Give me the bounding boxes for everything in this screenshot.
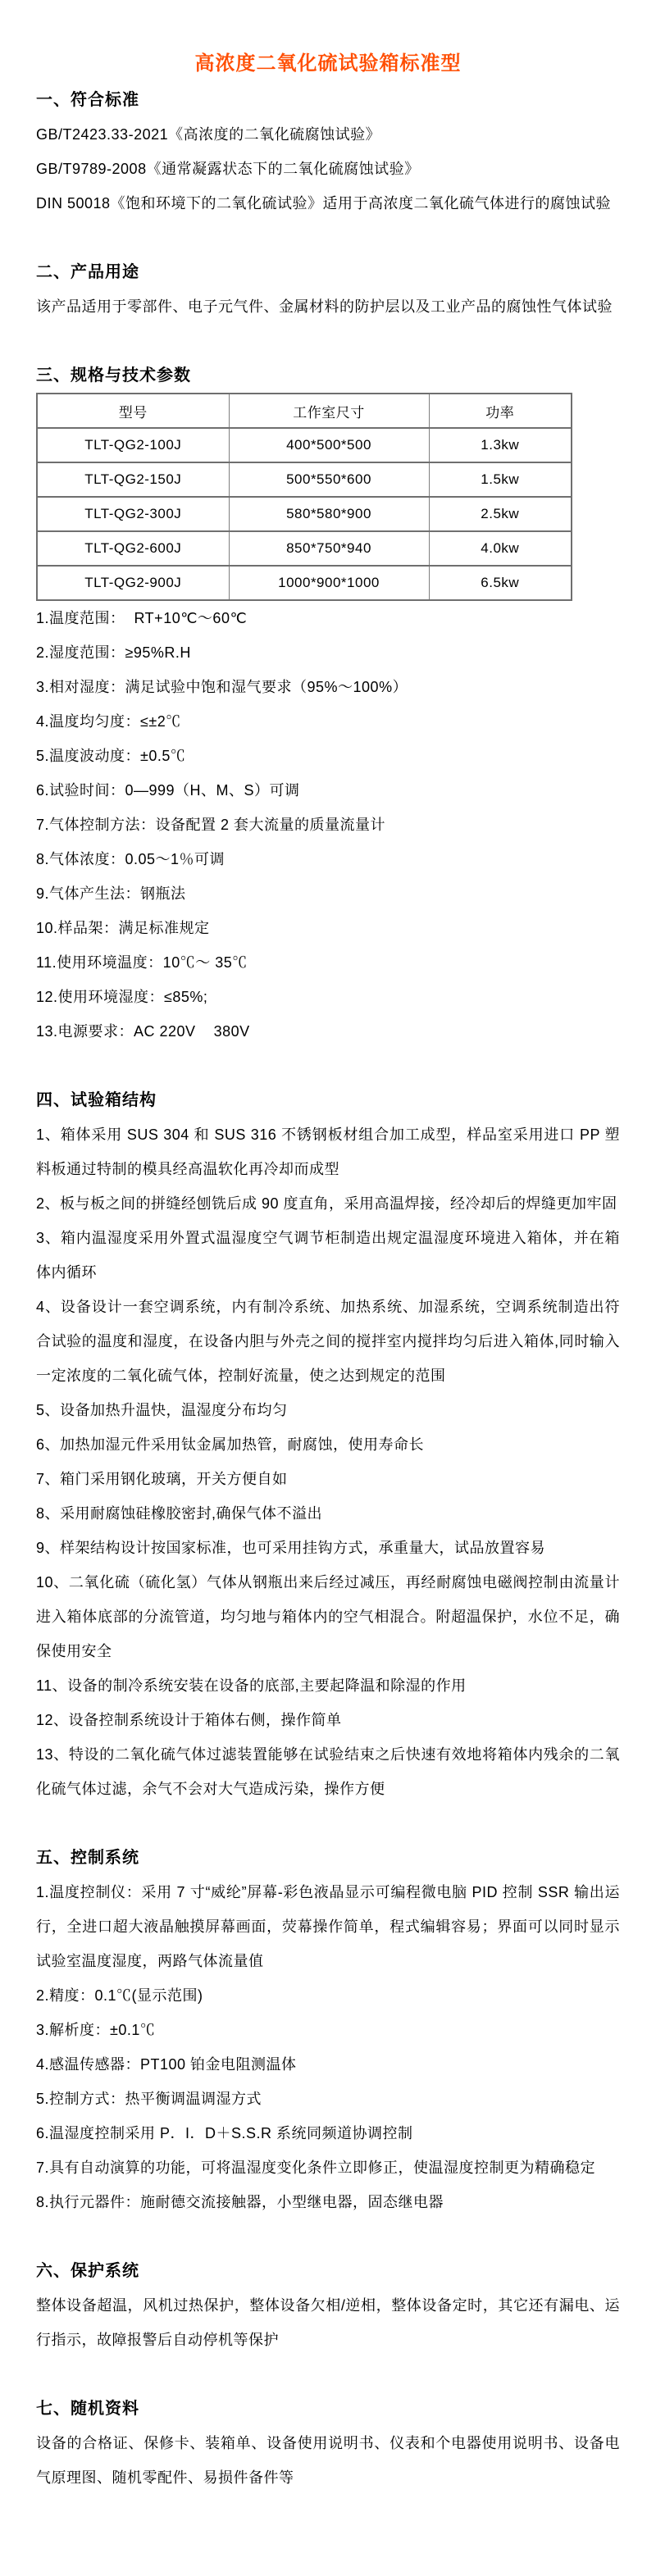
- control-item: 5.控制方式：热平衡调温调湿方式: [36, 2082, 620, 2116]
- section-standards-heading: 一、符合标准: [36, 83, 620, 117]
- table-row: TLT-QG2-150J500*550*6001.5kw: [37, 462, 572, 497]
- section-protection-heading: 六、保护系统: [36, 2254, 620, 2288]
- spec-item: 12.使用环境湿度：≤85%;: [36, 980, 620, 1014]
- section-accessories-heading: 七、随机资料: [36, 2392, 620, 2426]
- section-structure: 四、试验箱结构 1、箱体采用 SUS 304 和 SUS 316 不锈钢板材组合…: [36, 1083, 620, 1806]
- spec-items: 1.温度范围： RT+10℃～60℃2.湿度范围：≥95%R.H3.相对湿度：满…: [36, 601, 620, 1049]
- section-control: 五、控制系统 1.温度控制仪：采用 7 寸“威纶”屏幕-彩色液晶显示可编程微电脑…: [36, 1841, 620, 2219]
- table-cell: TLT-QG2-100J: [37, 428, 229, 462]
- standards-line: GB/T2423.33-2021《高浓度的二氧化硫腐蚀试验》: [36, 117, 620, 152]
- control-item: 1.温度控制仪：采用 7 寸“威纶”屏幕-彩色液晶显示可编程微电脑 PID 控制…: [36, 1875, 620, 1978]
- spec-item: 11.使用环境温度：10℃～ 35℃: [36, 945, 620, 980]
- structure-item: 12、设备控制系统设计于箱体右侧，操作简单: [36, 1703, 620, 1737]
- structure-item: 1、箱体采用 SUS 304 和 SUS 316 不锈钢板材组合加工成型，样品室…: [36, 1117, 620, 1186]
- table-cell: TLT-QG2-150J: [37, 462, 229, 497]
- section-usage: 二、产品用途 该产品适用于零部件、电子元气件、金属材料的防护层以及工业产品的腐蚀…: [36, 255, 620, 324]
- standards-lines: GB/T2423.33-2021《高浓度的二氧化硫腐蚀试验》GB/T9789-2…: [36, 117, 620, 221]
- table-cell: 400*500*500: [229, 428, 429, 462]
- table-row: TLT-QG2-900J1000*900*10006.5kw: [37, 566, 572, 600]
- spec-item: 10.样品架：满足标准规定: [36, 911, 620, 945]
- control-item: 4.感温传感器：PT100 铂金电阻测温体: [36, 2047, 620, 2082]
- control-item: 3.解析度：±0.1℃: [36, 2013, 620, 2047]
- control-item: 7.具有自动演算的功能，可将温湿度变化条件立即修正，使温湿度控制更为精确稳定: [36, 2150, 620, 2185]
- spec-item: 3.相对湿度：满足试验中饱和湿气要求（95%～100%）: [36, 670, 620, 704]
- structure-item: 9、样架结构设计按国家标准，也可采用挂钩方式，承重量大，试品放置容易: [36, 1531, 620, 1565]
- usage-line: 该产品适用于零部件、电子元气件、金属材料的防护层以及工业产品的腐蚀性气体试验: [36, 289, 620, 324]
- table-row: TLT-QG2-300J580*580*9002.5kw: [37, 497, 572, 531]
- usage-lines: 该产品适用于零部件、电子元气件、金属材料的防护层以及工业产品的腐蚀性气体试验: [36, 289, 620, 324]
- section-accessories: 七、随机资料 设备的合格证、保修卡、装箱单、设备使用说明书、仪表和个电器使用说明…: [36, 2392, 620, 2495]
- structure-item: 6、加热加湿元件采用钛金属加热管，耐腐蚀，使用寿命长: [36, 1427, 620, 1462]
- spec-item: 2.湿度范围：≥95%R.H: [36, 635, 620, 670]
- table-header-cell: 型号: [37, 394, 229, 428]
- spec-item: 4.温度均匀度：≤±2℃: [36, 704, 620, 739]
- table-cell: 500*550*600: [229, 462, 429, 497]
- spec-item: 13.电源要求：AC 220V 380V: [36, 1014, 620, 1049]
- spec-item: 7.气体控制方法：设备配置 2 套大流量的质量流量计: [36, 808, 620, 842]
- standards-line: GB/T9789-2008《通常凝露状态下的二氧化硫腐蚀试验》: [36, 152, 620, 186]
- spec-item: 5.温度波动度：±0.5℃: [36, 739, 620, 773]
- structure-item: 5、设备加热升温快，温湿度分布均匀: [36, 1393, 620, 1427]
- table-cell: TLT-QG2-600J: [37, 531, 229, 566]
- spec-item: 6.试验时间：0—999（H、M、S）可调: [36, 773, 620, 808]
- structure-item: 8、采用耐腐蚀硅橡胶密封,确保气体不溢出: [36, 1496, 620, 1531]
- table-cell: 1.3kw: [429, 428, 572, 462]
- structure-item: 13、特设的二氧化硫气体过滤装置能够在试验结束之后快速有效地将箱体内残余的二氧化…: [36, 1737, 620, 1806]
- accessories-line: 设备的合格证、保修卡、装箱单、设备使用说明书、仪表和个电器使用说明书、设备电气原…: [36, 2426, 620, 2495]
- table-header-row: 型号工作室尺寸功率: [37, 394, 572, 428]
- standards-line: DIN 50018《饱和环境下的二氧化硫试验》适用于高浓度二氧化硫气体进行的腐蚀…: [36, 186, 620, 221]
- table-cell: 580*580*900: [229, 497, 429, 531]
- spec-item: 8.气体浓度：0.05～1％可调: [36, 842, 620, 876]
- section-usage-heading: 二、产品用途: [36, 255, 620, 289]
- structure-item: 11、设备的制冷系统安装在设备的底部,主要起降温和除湿的作用: [36, 1668, 620, 1703]
- protection-lines: 整体设备超温，风机过热保护，整体设备欠相/逆相，整体设备定时，其它还有漏电、运行…: [36, 2288, 620, 2357]
- structure-item: 2、板与板之间的拼缝经刨铣后成 90 度直角，采用高温焊接，经冷却后的焊缝更加牢…: [36, 1186, 620, 1221]
- structure-item: 3、箱内温湿度采用外置式温湿度空气调节柜制造出规定温湿度环境进入箱体，并在箱体内…: [36, 1221, 620, 1290]
- structure-item: 10、二氧化硫（硫化氢）气体从钢瓶出来后经过减压，再经耐腐蚀电磁阀控制由流量计进…: [36, 1565, 620, 1668]
- table-cell: 1.5kw: [429, 462, 572, 497]
- table-cell: 1000*900*1000: [229, 566, 429, 600]
- section-specs: 三、规格与技术参数 型号工作室尺寸功率TLT-QG2-100J400*500*5…: [36, 358, 620, 1049]
- section-standards: 一、符合标准 GB/T2423.33-2021《高浓度的二氧化硫腐蚀试验》GB/…: [36, 83, 620, 221]
- table-header-cell: 工作室尺寸: [229, 394, 429, 428]
- protection-line: 整体设备超温，风机过热保护，整体设备欠相/逆相，整体设备定时，其它还有漏电、运行…: [36, 2288, 620, 2357]
- control-item: 2.精度：0.1℃(显示范围): [36, 1978, 620, 2013]
- control-item: 6.温湿度控制采用 P．I．D＋S.S.R 系统同频道协调控制: [36, 2116, 620, 2150]
- structure-items: 1、箱体采用 SUS 304 和 SUS 316 不锈钢板材组合加工成型，样品室…: [36, 1117, 620, 1806]
- table-row: TLT-QG2-600J850*750*9404.0kw: [37, 531, 572, 566]
- document-page: 高浓度二氧化硫试验箱标准型 一、符合标准 GB/T2423.33-2021《高浓…: [0, 0, 656, 2576]
- control-item: 8.执行元器件：施耐德交流接触器，小型继电器，固态继电器: [36, 2185, 620, 2219]
- table-cell: TLT-QG2-900J: [37, 566, 229, 600]
- spec-item: 1.温度范围： RT+10℃～60℃: [36, 601, 620, 635]
- table-row: TLT-QG2-100J400*500*5001.3kw: [37, 428, 572, 462]
- section-control-heading: 五、控制系统: [36, 1841, 620, 1875]
- control-items: 1.温度控制仪：采用 7 寸“威纶”屏幕-彩色液晶显示可编程微电脑 PID 控制…: [36, 1875, 620, 2219]
- spec-item: 9.气体产生法：钢瓶法: [36, 876, 620, 911]
- table-cell: TLT-QG2-300J: [37, 497, 229, 531]
- table-header-cell: 功率: [429, 394, 572, 428]
- structure-item: 7、箱门采用钢化玻璃，开关方便自如: [36, 1462, 620, 1496]
- spec-table: 型号工作室尺寸功率TLT-QG2-100J400*500*5001.3kwTLT…: [36, 393, 572, 601]
- accessories-lines: 设备的合格证、保修卡、装箱单、设备使用说明书、仪表和个电器使用说明书、设备电气原…: [36, 2426, 620, 2495]
- table-cell: 6.5kw: [429, 566, 572, 600]
- section-structure-heading: 四、试验箱结构: [36, 1083, 620, 1117]
- section-protection: 六、保护系统 整体设备超温，风机过热保护，整体设备欠相/逆相，整体设备定时，其它…: [36, 2254, 620, 2357]
- page-title: 高浓度二氧化硫试验箱标准型: [36, 45, 620, 83]
- table-cell: 2.5kw: [429, 497, 572, 531]
- table-cell: 850*750*940: [229, 531, 429, 566]
- table-cell: 4.0kw: [429, 531, 572, 566]
- section-specs-heading: 三、规格与技术参数: [36, 358, 620, 393]
- structure-item: 4、设备设计一套空调系统，内有制冷系统、加热系统、加湿系统，空调系统制造出符合试…: [36, 1290, 620, 1393]
